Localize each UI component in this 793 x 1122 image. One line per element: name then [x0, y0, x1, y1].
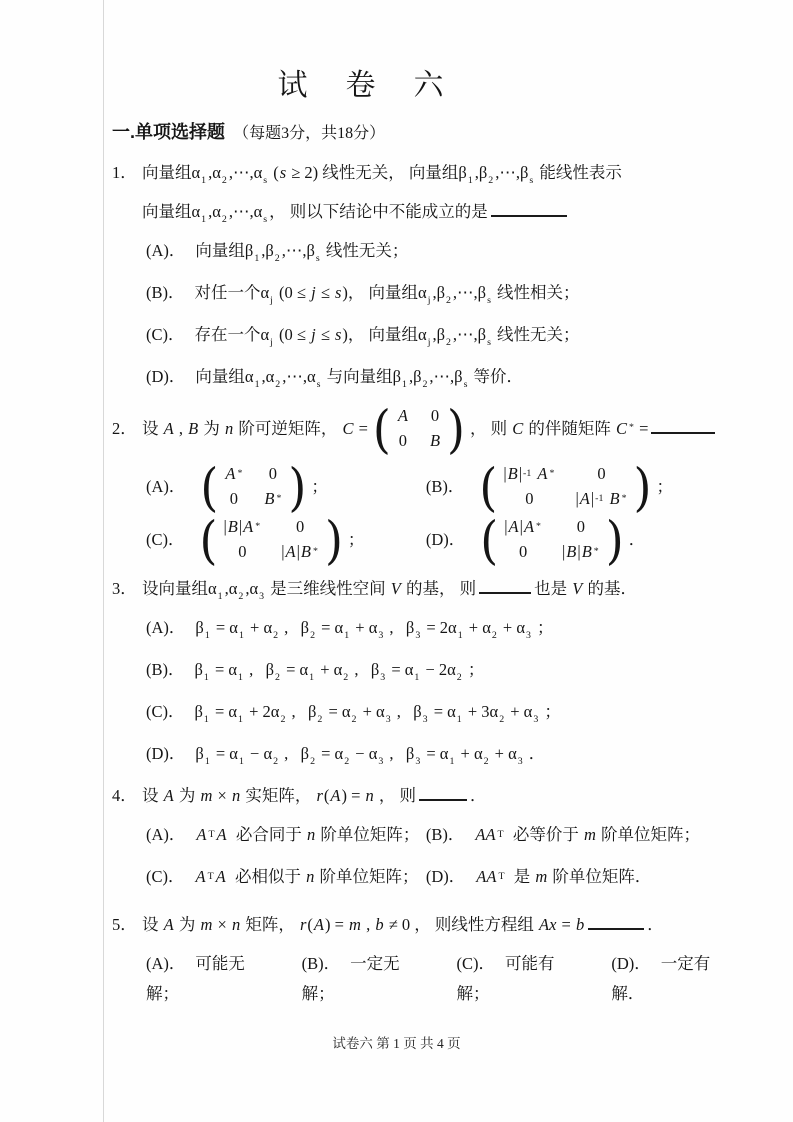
- question-2-options: (A)．(A*00B*)； (B)．(|B|-1 A*00|A|-1 B*)； …: [146, 462, 733, 568]
- option-text: ATA 必相似于 n 阶单位矩阵；: [195, 867, 419, 886]
- answer-blank: [651, 416, 715, 434]
- option-label: (C)．: [146, 525, 185, 555]
- question-2-option-d: (D)．(|A|A*00|B|B*)．: [426, 515, 737, 564]
- matrix: (A00B): [373, 404, 465, 453]
- option-label: (B)．: [302, 954, 341, 973]
- page-content: 试 卷 六 一.单项选择题 （每题3分，共18分） 1．向量组α1,α2,⋯,α…: [0, 0, 793, 1021]
- question-2-stem: 2．设 A , B 为 n 阶可逆矩阵， C =(A00B)， 则 C 的伴随矩…: [112, 404, 733, 453]
- question-3-stem-text: 设向量组α1,α2,α3 是三维线性空间 V 的基， 则也是 V 的基．: [142, 579, 637, 598]
- question-4-stem-text: 设 A 为 m × n 实矩阵， r(A) = n ， 则．: [142, 786, 487, 805]
- option-suffix: ．: [629, 525, 646, 555]
- question-4-option-d: (D)．AAT 是 m 阶单位矩阵．: [426, 862, 737, 892]
- option-label: (C)．: [146, 325, 185, 344]
- option-label: (D)．: [611, 954, 650, 973]
- question-4: 4．设 A 为 m × n 实矩阵， r(A) = n ， 则． (A)．ATA…: [112, 781, 733, 904]
- question-4-number: 4．: [112, 781, 142, 811]
- question-5-option-b: (B)．一定无解；: [302, 949, 423, 1009]
- option-label: (B)．: [146, 660, 185, 679]
- option-label: (B)．: [146, 283, 185, 302]
- answer-blank: [479, 576, 531, 594]
- option-text: ATA 必合同于 n 阶单位矩阵；: [195, 825, 419, 844]
- question-3-option-a: (A)．β1 = α1 + α2 , β2 = α1 + α3 , β3 = 2…: [146, 613, 733, 643]
- question-4-stem: 4．设 A 为 m × n 实矩阵， r(A) = n ， 则．: [112, 781, 733, 811]
- matrix: (A*00B*): [200, 462, 306, 511]
- page-title: 试 卷 六: [112, 60, 613, 104]
- question-5-stem: 5．设 A 为 m × n 矩阵， r(A) = m , b ≠ 0 ， 则线性…: [112, 910, 733, 940]
- question-3-options: (A)．β1 = α1 + α2 , β2 = α1 + α3 , β3 = 2…: [146, 613, 733, 769]
- option-label: (A)．: [146, 472, 185, 502]
- question-2-stem-pre: 设 A , B 为 n 阶可逆矩阵， C =: [142, 414, 368, 444]
- question-4-option-a: (A)．ATA 必合同于 n 阶单位矩阵；: [146, 820, 422, 850]
- question-1-option-b: (B)．对任一个αj (0 ≤ j ≤ s)， 向量组αj,β2,⋯,βs 线性…: [146, 278, 733, 308]
- option-suffix: ；: [311, 472, 328, 502]
- matrix: (|B|A*00|A|B*): [200, 515, 343, 564]
- option-label: (D)．: [426, 525, 465, 555]
- option-text: β1 = α1 + α2 , β2 = α1 + α3 , β3 = 2α1 +…: [195, 618, 553, 637]
- option-label: (C)．: [146, 867, 185, 886]
- answer-blank: [491, 199, 567, 217]
- question-2: 2．设 A , B 为 n 阶可逆矩阵， C =(A00B)， 则 C 的伴随矩…: [112, 404, 733, 568]
- question-3-stem: 3．设向量组α1,α2,α3 是三维线性空间 V 的基， 则也是 V 的基．: [112, 574, 733, 604]
- option-suffix: ；: [348, 525, 365, 555]
- question-1-stem-text-2: 向量组α1,α2,⋯,αs， 则以下结论中不能成立的是: [142, 202, 570, 221]
- question-1-option-d: (D)．向量组α1,α2,⋯,αs 与向量组β1,β2,⋯,βs 等价．: [146, 362, 733, 392]
- section-heading-row: 一.单项选择题 （每题3分，共18分）: [112, 118, 733, 144]
- option-label: (A)．: [146, 241, 185, 260]
- question-1-stem-line-1: 1．向量组α1,α2,⋯,αs (s ≥ 2) 线性无关， 向量组β1,β2,⋯…: [112, 158, 733, 188]
- question-4-option-b: (B)．AAT 必等价于 m 阶单位矩阵；: [426, 820, 737, 850]
- section-heading: 一.单项选择题: [112, 122, 225, 142]
- option-text: AAT 是 m 阶单位矩阵．: [475, 867, 651, 886]
- option-label: (C)．: [146, 702, 185, 721]
- option-text: AAT 必等价于 m 阶单位矩阵；: [474, 825, 700, 844]
- question-2-option-a: (A)．(A*00B*)；: [146, 462, 422, 511]
- question-5-number: 5．: [112, 910, 142, 940]
- option-text: 对任一个αj (0 ≤ j ≤ s)， 向量组αj,β2,⋯,βs 线性相关；: [195, 283, 580, 302]
- matrix: (|A|A*00|B|B*): [480, 515, 623, 564]
- question-5-options: (A)．可能无解； (B)．一定无解； (C)．可能有解； (D)．一定有解．: [146, 949, 733, 1021]
- question-3: 3．设向量组α1,α2,α3 是三维线性空间 V 的基， 则也是 V 的基． (…: [112, 574, 733, 769]
- option-label: (D)．: [146, 744, 185, 763]
- question-1: 1．向量组α1,α2,⋯,αs (s ≥ 2) 线性无关， 向量组β1,β2,⋯…: [112, 158, 733, 392]
- option-label: (D)．: [426, 867, 465, 886]
- question-1-number: 1．: [112, 158, 142, 188]
- question-5-option-d: (D)．一定有解．: [611, 949, 733, 1009]
- question-2-option-c: (C)．(|B|A*00|A|B*)；: [146, 515, 422, 564]
- question-1-stem-text-1: 向量组α1,α2,⋯,αs (s ≥ 2) 线性无关， 向量组β1,β2,⋯,β…: [142, 163, 622, 182]
- question-3-option-c: (C)．β1 = α1 + 2α2 , β2 = α2 + α3 , β3 = …: [146, 697, 733, 727]
- section-score-note: （每题3分，共18分）: [233, 125, 385, 142]
- question-5-option-a: (A)．可能无解；: [146, 949, 268, 1009]
- option-label: (B)．: [426, 825, 465, 844]
- question-2-stem-post: ， 则 C 的伴随矩阵 C* =: [470, 414, 718, 444]
- question-3-option-d: (D)．β1 = α1 − α2 , β2 = α2 − α3 , β3 = α…: [146, 739, 733, 769]
- option-text: 存在一个αj (0 ≤ j ≤ s)， 向量组αj,β2,⋯,βs 线性无关；: [195, 325, 580, 344]
- answer-blank: [419, 783, 467, 801]
- option-text: β1 = α1 − α2 , β2 = α2 − α3 , β3 = α1 + …: [195, 744, 545, 763]
- question-3-option-b: (B)．β1 = α1 , β2 = α1 + α2 , β3 = α1 − 2…: [146, 655, 733, 685]
- option-label: (A)．: [146, 825, 185, 844]
- option-text: β1 = α1 + 2α2 , β2 = α2 + α3 , β3 = α1 +…: [195, 702, 561, 721]
- option-label: (C)．: [457, 954, 496, 973]
- question-5-option-c: (C)．可能有解；: [457, 949, 578, 1009]
- question-5-stem-text: 设 A 为 m × n 矩阵， r(A) = m , b ≠ 0 ， 则线性方程…: [142, 915, 664, 934]
- option-suffix: ；: [657, 472, 674, 502]
- question-4-options: (A)．ATA 必合同于 n 阶单位矩阵； (B)．AAT 必等价于 m 阶单位…: [146, 820, 733, 904]
- question-1-option-a: (A)．向量组β1,β2,⋯,βs 线性无关；: [146, 236, 733, 266]
- option-label: (B)．: [426, 472, 465, 502]
- question-4-option-c: (C)．ATA 必相似于 n 阶单位矩阵；: [146, 862, 422, 892]
- option-label: (D)．: [146, 367, 185, 386]
- question-1-stem-line-2: 向量组α1,α2,⋯,αs， 则以下结论中不能成立的是: [142, 197, 733, 227]
- answer-blank: [588, 912, 644, 930]
- option-text: β1 = α1 , β2 = α1 + α2 , β3 = α1 − 2α2 ；: [195, 660, 485, 679]
- question-1-option-c: (C)．存在一个αj (0 ≤ j ≤ s)， 向量组αj,β2,⋯,βs 线性…: [146, 320, 733, 350]
- page-footer: 试卷六 第 1 页 共 4 页: [0, 1032, 793, 1052]
- question-3-number: 3．: [112, 574, 142, 604]
- option-label: (A)．: [146, 618, 185, 637]
- question-2-option-b: (B)．(|B|-1 A*00|A|-1 B*)；: [426, 462, 737, 511]
- matrix: (|B|-1 A*00|A|-1 B*): [479, 462, 651, 511]
- question-5: 5．设 A 为 m × n 矩阵， r(A) = m , b ≠ 0 ， 则线性…: [112, 910, 733, 1021]
- exam-page: 试 卷 六 一.单项选择题 （每题3分，共18分） 1．向量组α1,α2,⋯,α…: [0, 0, 793, 1122]
- option-label: (A)．: [146, 954, 185, 973]
- option-text: 向量组α1,α2,⋯,αs 与向量组β1,β2,⋯,βs 等价．: [195, 367, 523, 386]
- option-text: 向量组β1,β2,⋯,βs 线性无关；: [195, 241, 408, 260]
- question-2-number: 2．: [112, 414, 142, 444]
- question-1-options: (A)．向量组β1,β2,⋯,βs 线性无关； (B)．对任一个αj (0 ≤ …: [146, 236, 733, 392]
